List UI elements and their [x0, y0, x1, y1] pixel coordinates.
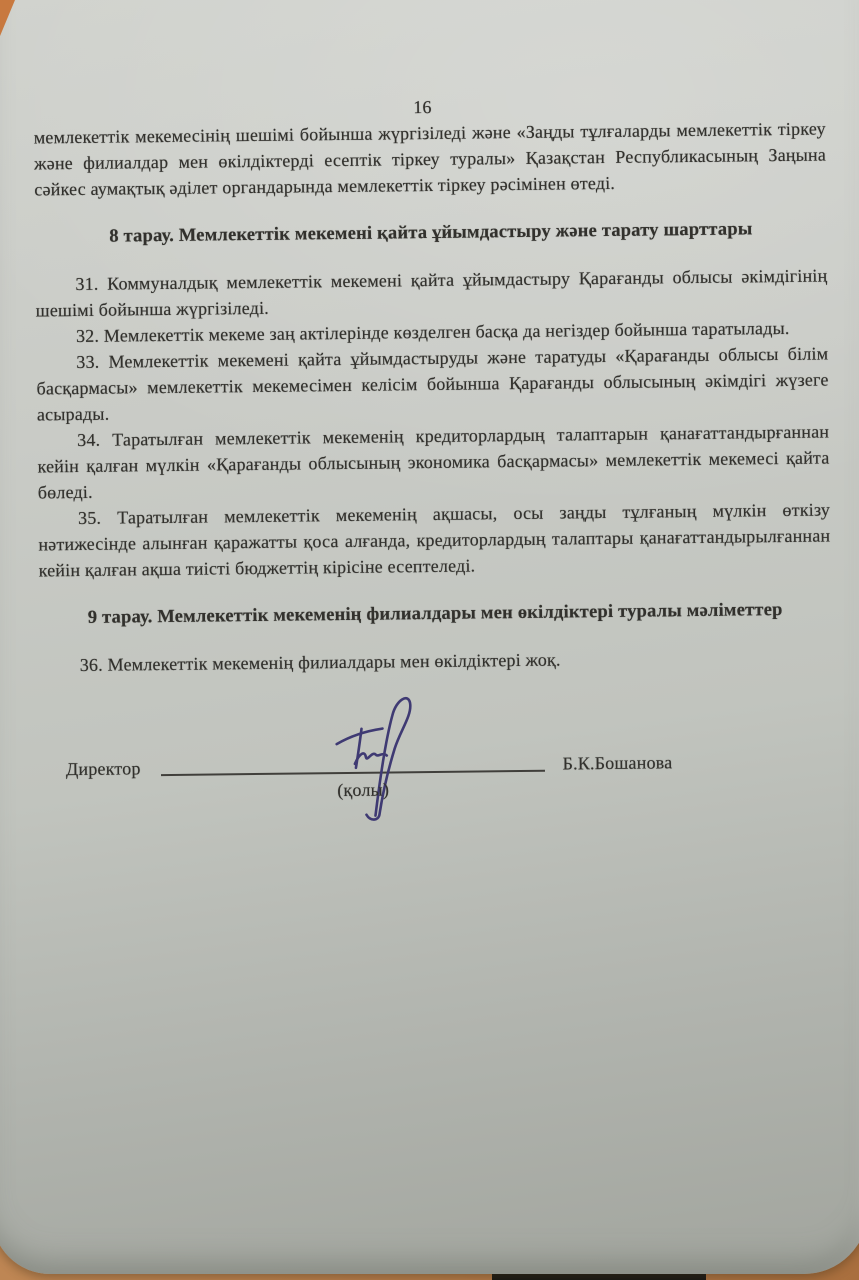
signature-line: (қолы) [161, 770, 545, 776]
signature-name: Б.К.Бошанова [562, 749, 672, 776]
document-page: 16 мемлекеттік мекемесінің шешімі бойынш… [0, 0, 859, 1274]
paragraph-36: 36. Мемлекеттік мекеменің филиалдары мен… [40, 643, 832, 678]
paragraph-34: 34. Таратылған мемлекеттік мекеменің кре… [37, 418, 830, 505]
signature-block: Директор (қолы) Б.К.Бошанова [41, 747, 833, 782]
paragraph-35: 35. Таратылған мемлекеттік мекеменің ақш… [38, 496, 831, 583]
chapter-9-heading: 9 тарау. Мемлекеттік мекеменің филиалдар… [81, 597, 789, 632]
paragraph-31: 31. Коммуналдық мемлекеттік мекемені қай… [35, 262, 828, 323]
intro-paragraph: мемлекеттік мекемесінің шешімі бойынша ж… [34, 115, 827, 202]
chapter-8-heading: 8 тарау. Мемлекеттік мекемені қайта ұйым… [77, 216, 785, 251]
signature-caption: (қолы) [337, 776, 389, 803]
paragraph-33: 33. Мемлекеттік мекемені қайта ұйымдасты… [36, 340, 829, 427]
signature-role-label: Директор [66, 755, 141, 782]
page-content: 16 мемлекеттік мекемесінің шешімі бойынш… [0, 0, 859, 783]
